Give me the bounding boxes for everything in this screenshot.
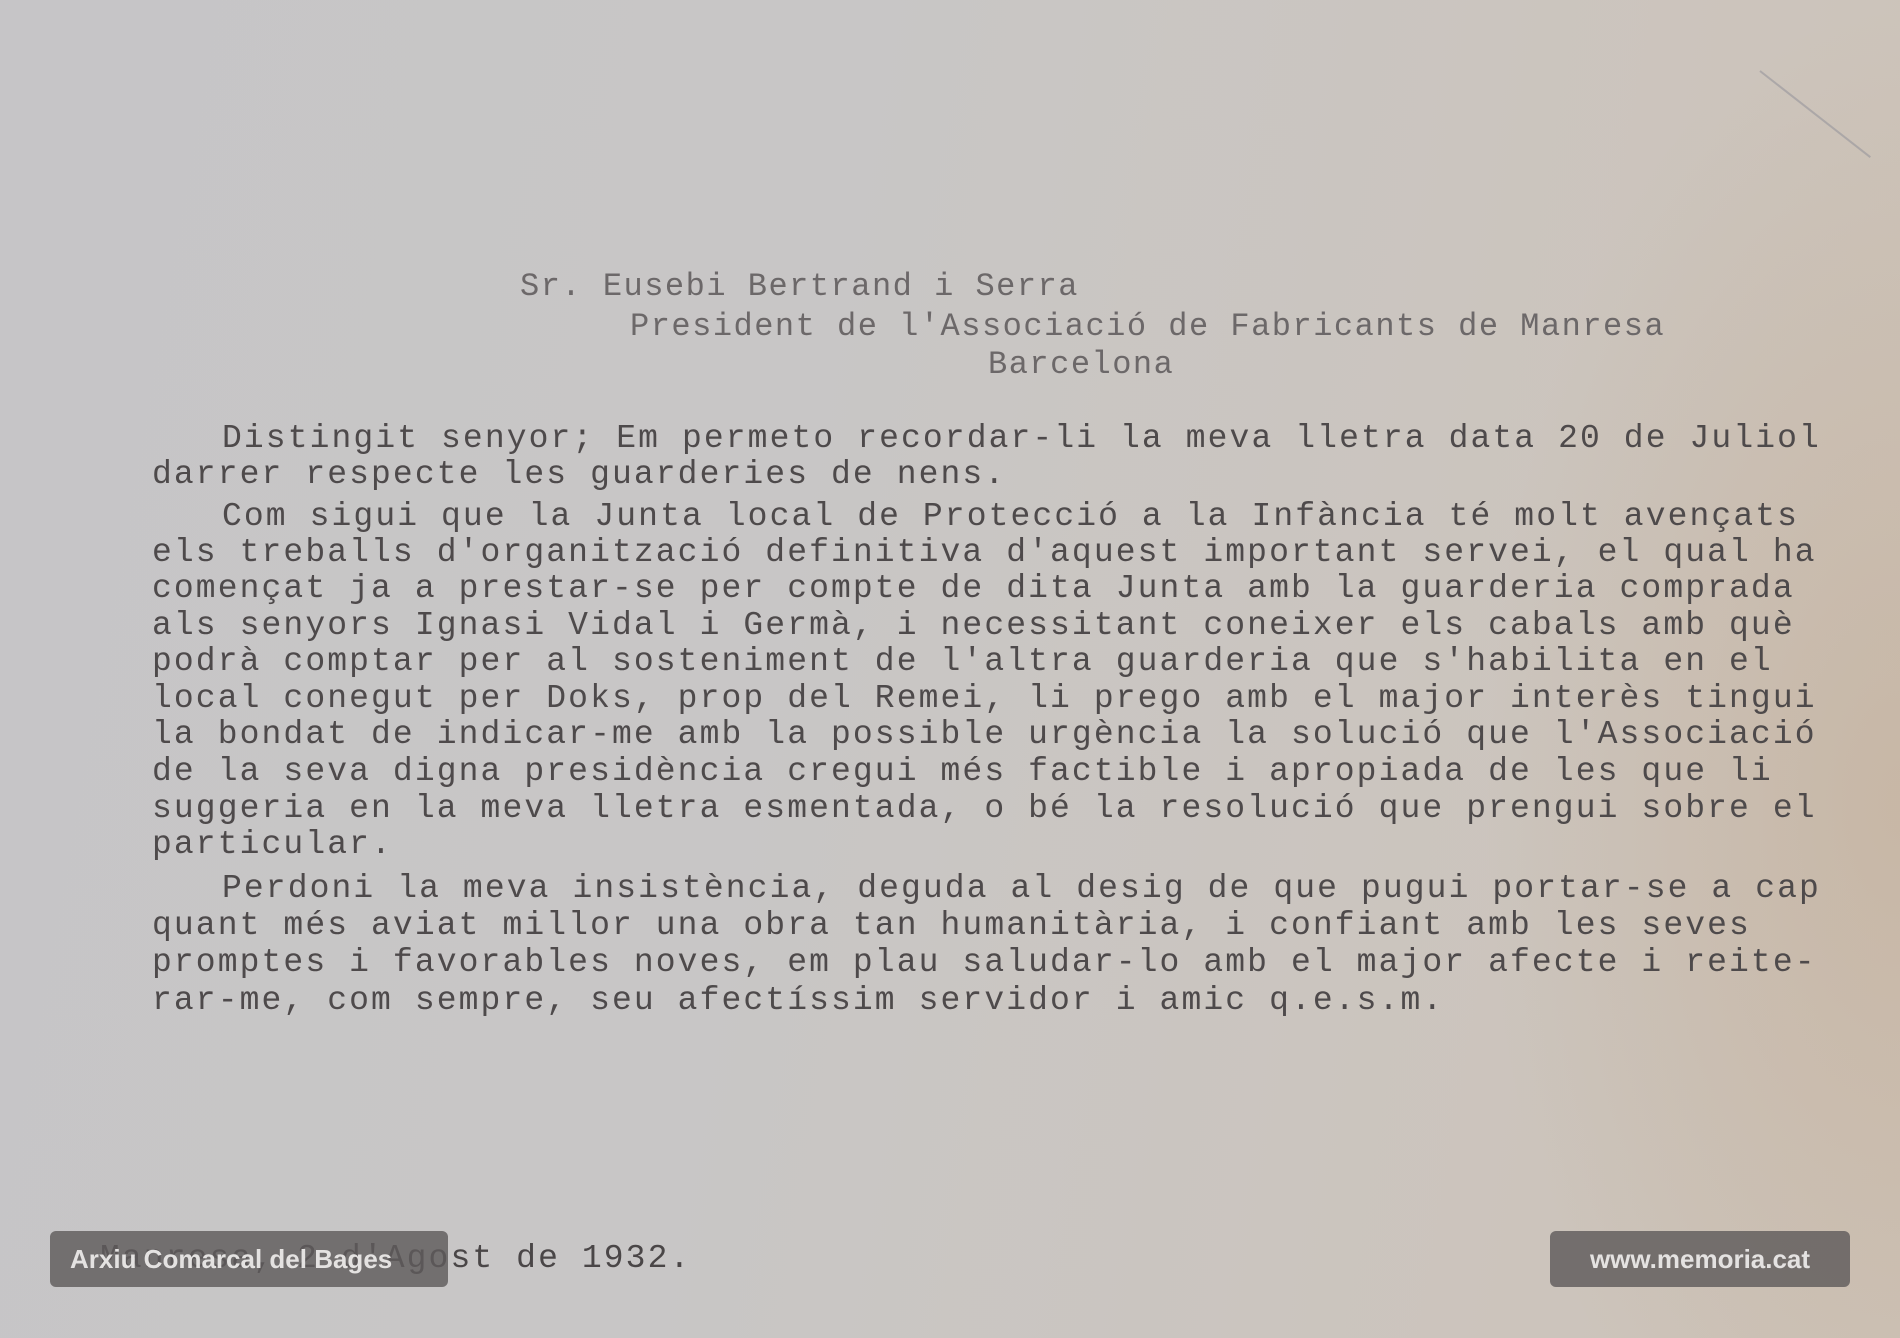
body-line: darrer respecte les guarderies de nens.: [152, 456, 1006, 493]
addressee-title: President de l'Associació de Fabricants …: [630, 308, 1665, 345]
body-line: els treballs d'organització definitiva d…: [152, 534, 1817, 571]
body-line: suggeria en la meva lletra esmentada, o …: [152, 790, 1817, 827]
body-line: Perdoni la meva insistència, deguda al d…: [222, 870, 1821, 907]
body-line: promptes i favorables noves, em plau sal…: [152, 944, 1817, 981]
body-line: particular.: [152, 826, 393, 863]
addressee-name: Sr. Eusebi Bertrand i Serra: [520, 268, 1079, 305]
website-watermark: www.memoria.cat: [1550, 1231, 1850, 1287]
body-line: quant més aviat millor una obra tan huma…: [152, 907, 1751, 944]
body-line: als senyors Ignasi Vidal i Germà, i nece…: [152, 607, 1795, 644]
body-line: podrà comptar per al sosteniment de l'al…: [152, 643, 1773, 680]
body-line: de la seva digna presidència cregui més …: [152, 753, 1773, 790]
paper-crease: [1759, 70, 1871, 158]
body-line: rar-me, com sempre, seu afectíssim servi…: [152, 982, 1444, 1019]
archive-watermark: Arxiu Comarcal del Bages: [50, 1231, 448, 1287]
body-line: començat ja a prestar-se per compte de d…: [152, 570, 1795, 607]
body-line: local conegut per Doks, prop del Remei, …: [152, 680, 1817, 717]
body-line: Distingit senyor; Em permeto recordar-li…: [222, 420, 1821, 457]
addressee-city: Barcelona: [988, 346, 1174, 383]
body-line: Com sigui que la Junta local de Protecci…: [222, 498, 1799, 535]
body-line: la bondat de indicar-me amb la possible …: [152, 716, 1817, 753]
